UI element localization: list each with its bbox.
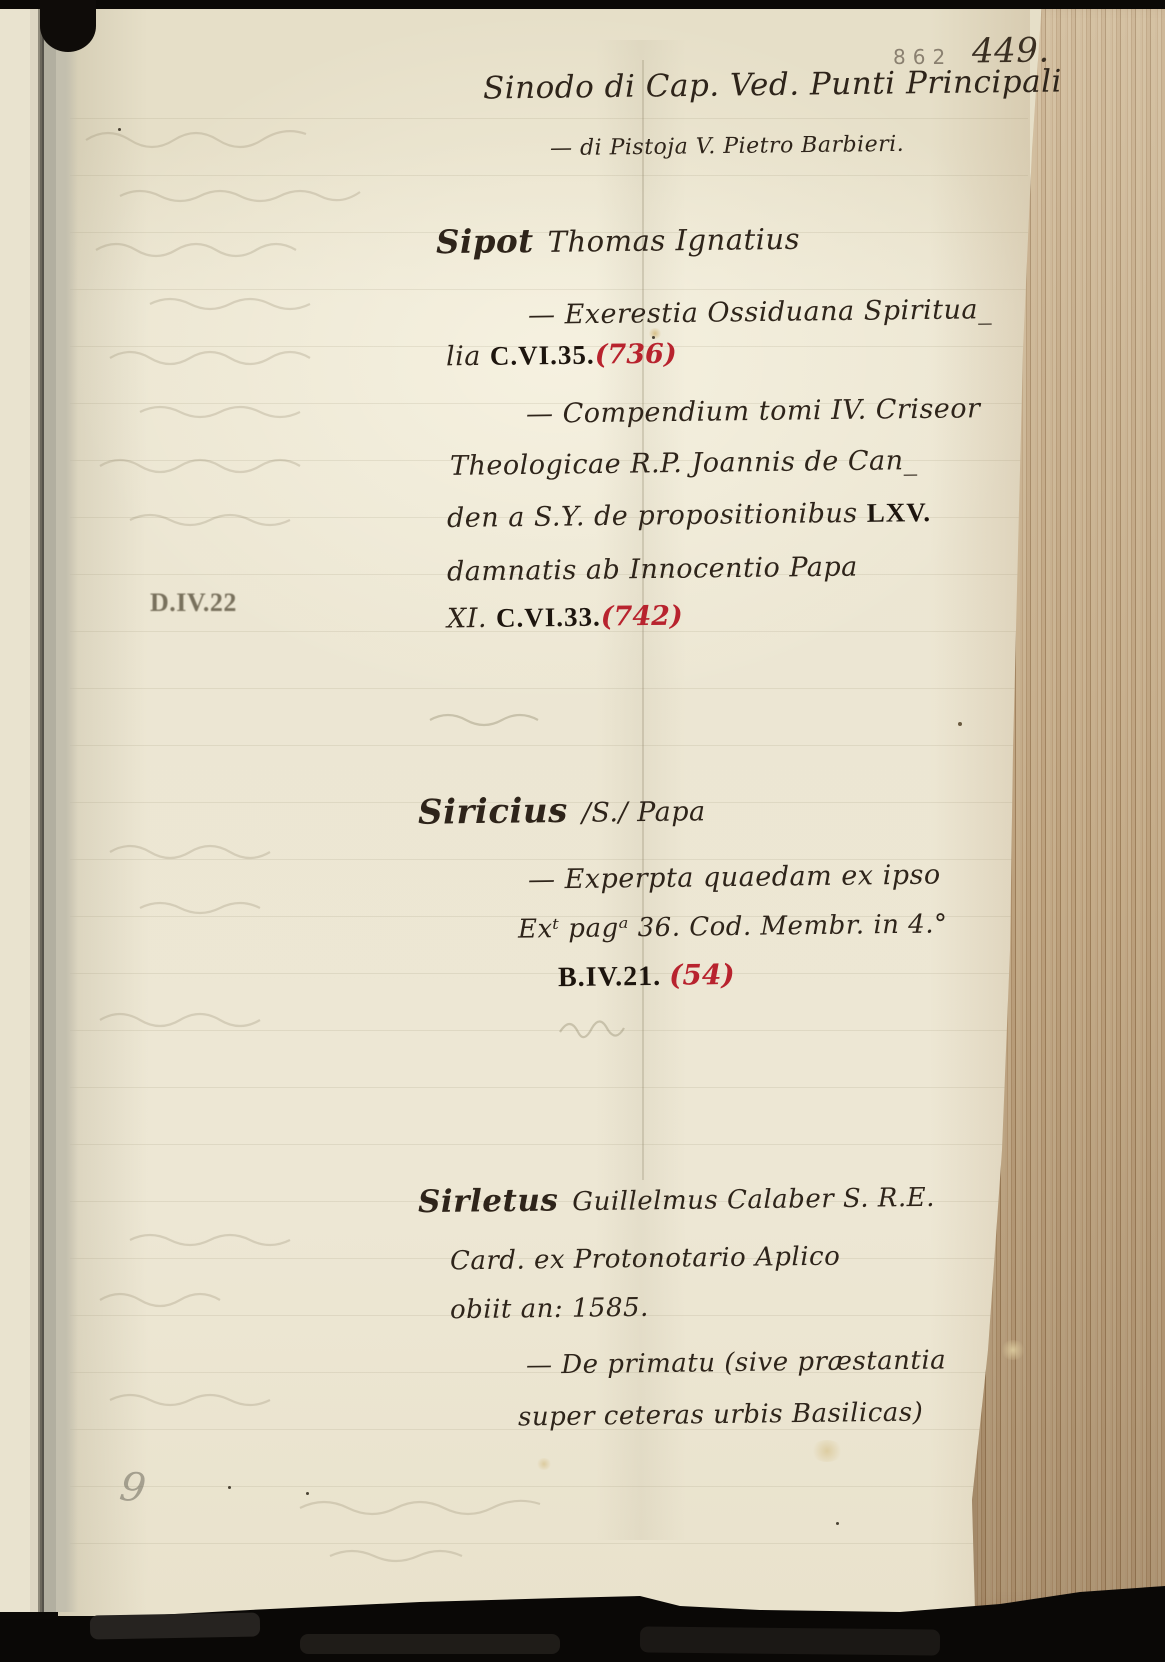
entry-line: Exᵗ pagᵃ 36. Cod. Membr. in 4.° <box>518 911 948 942</box>
entry-line: obiit an: 1585. <box>450 1295 649 1323</box>
entry-line: Card. ex Protonotario Aplico <box>450 1244 841 1275</box>
entry-line: den a S.Y. de propositionibus LXV. <box>447 499 931 532</box>
entry-line-text: XI. <box>447 603 496 635</box>
scan-background-top <box>0 0 1165 9</box>
red-number: (736) <box>595 339 677 371</box>
book-page-edge <box>640 1626 940 1655</box>
entry-line: B.IV.21. (54) <box>558 961 735 992</box>
entry-line: super ceteras urbis Basilicas) <box>518 1400 924 1431</box>
paper-stain <box>810 1440 844 1462</box>
catalog-entry-heading: SipotThomas Ignatius <box>436 222 800 259</box>
shelfmark: C.VI.33. <box>496 602 601 633</box>
page-header-title: Sinodo di Cap. Ved. Punti Principali <box>483 66 1062 104</box>
entry-line-text: den a S.Y. de propositionibus <box>447 498 867 534</box>
page-header-subtitle: — di Pistoja V. Pietro Barbieri. <box>550 134 904 160</box>
showthrough-shelfmark: D.IV.22 <box>150 590 237 616</box>
entry-line: XI. C.VI.33.(742) <box>447 603 683 633</box>
entry-line: damnatis ab Innocentio Papa <box>447 553 858 585</box>
ink-speck <box>228 1486 231 1489</box>
pencil-mark: 9 <box>117 1466 148 1509</box>
catalog-entry-heading: SirletusGuillelmus Calaber S. R.E. <box>418 1181 935 1218</box>
entry-line-text: lia <box>446 341 490 373</box>
ink-speck <box>958 722 962 726</box>
entry-line: lia C.VI.35.(736) <box>446 341 677 371</box>
ink-speck <box>306 1492 309 1495</box>
red-number: (742) <box>601 601 683 633</box>
entry-name-rest: Thomas Ignatius <box>547 222 800 259</box>
paper-stain <box>648 328 662 339</box>
ink-speck <box>836 1522 839 1525</box>
ink-speck <box>118 128 121 131</box>
entry-name: Sirletus <box>418 1182 559 1220</box>
entry-name-rest: /S./ Papa <box>582 796 706 829</box>
entry-name-rest: Guillelmus Calaber S. R.E. <box>572 1183 935 1217</box>
paper-stain <box>1000 1340 1026 1360</box>
gutter-shadow <box>42 0 78 1612</box>
paper-stain <box>536 1458 552 1470</box>
scan-background-notch <box>40 0 96 52</box>
entry-name: Sipot <box>436 222 534 261</box>
entry-line: — Exerestia Ossiduana Spiritua_ <box>528 296 992 329</box>
entry-name: Siricius <box>418 791 568 833</box>
shelfmark: B.IV.21. <box>558 961 670 993</box>
left-page-sliver <box>0 0 42 1612</box>
entry-line: — Experpta quaedam ex ipso <box>528 861 941 893</box>
entry-line: — De primatu (sive præstantia <box>526 1347 947 1378</box>
red-number: (54) <box>669 958 735 992</box>
roman-numeral: LXV. <box>867 497 932 528</box>
book-page-edge <box>300 1634 560 1654</box>
catalog-entry-heading: Siricius/S./ Papa <box>418 792 706 830</box>
shelfmark: C.VI.35. <box>490 340 595 371</box>
entry-line: Theologicae R.P. Joannis de Can_ <box>450 447 918 480</box>
entry-line: — Compendium tomi IV. Criseor <box>526 395 981 428</box>
book-page-edge <box>90 1613 260 1640</box>
